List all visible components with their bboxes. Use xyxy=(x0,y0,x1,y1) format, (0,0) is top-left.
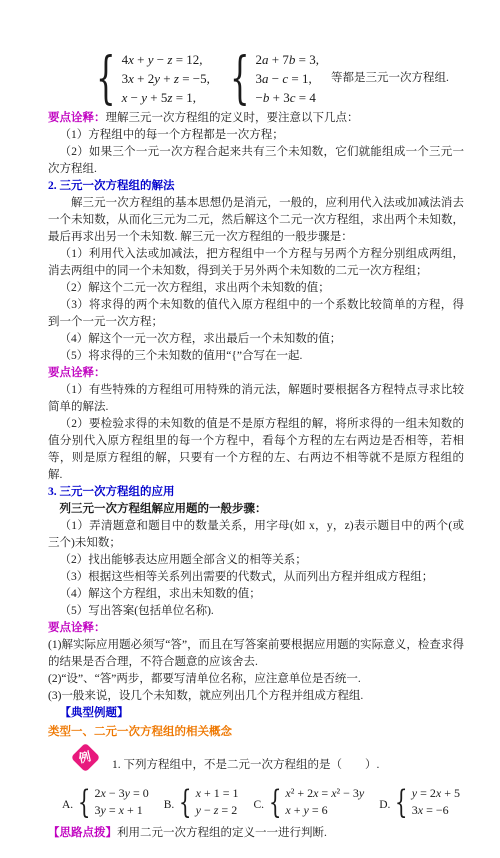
section2-step: （3）将求得的两个未知数的值代入原方程组中的一个系数比较简单的方程，得到一个一元… xyxy=(48,297,464,331)
equation: y = 2x + 5 xyxy=(412,785,460,802)
choices-row: A. { 2x − 3y = 0 3y = x + 1 B. { x + 1 =… xyxy=(62,785,460,818)
choice-label: C. xyxy=(253,797,264,814)
equation: 3x = −6 xyxy=(412,802,460,819)
choice-a: A. { 2x − 3y = 0 3y = x + 1 xyxy=(62,785,149,818)
left-brace-icon: { xyxy=(179,786,192,818)
example1-row: 例 1. 下列方程组中，不是二元一次方程组的是（ ）. xyxy=(70,743,464,779)
examples-header: 【典型例题】 xyxy=(48,705,464,722)
left-brace-icon: { xyxy=(269,786,282,818)
section3-title: 3. 三元一次方程组的应用 xyxy=(48,484,464,501)
hint-text: 利用二元一次方程组的定义一一进行判断. xyxy=(117,827,327,839)
section3-step: （1）弄清题意和题目中的数量关系，用字母(如 x，y，z)表示题目中的两个(或三… xyxy=(48,518,464,552)
equation: 2x − 3y = 0 xyxy=(95,785,149,802)
section2-step: （2）解这个二元一次方程组，求出两个未知数的值； xyxy=(48,280,464,297)
section2-step: （4）解这个一元一次方程，求出最后一个未知数的值； xyxy=(48,331,464,348)
left-brace-icon: { xyxy=(78,786,91,818)
equation: x + 1 = 1 xyxy=(196,785,239,802)
keynote2-item: （1）有些特殊的方程组可用特殊的消元法，解题时要根据各方程特点寻求比较简单的解法… xyxy=(48,382,464,416)
keynote1-item: （1）方程组中的每一个方程都是一次方程； xyxy=(48,127,464,144)
section2-paragraph: 解三元一次方程组的基本思想仍是消元，一般的，应利用代入法或加减法消去一个未知数，… xyxy=(48,195,464,246)
section3-step: （2）找出能够表达应用题全部含义的相等关系； xyxy=(48,552,464,569)
section3-step: （5）写出答案(包括单位名称). xyxy=(48,603,464,620)
left-brace-icon: { xyxy=(395,786,408,818)
equation: 3a − c = 1, xyxy=(256,69,319,88)
keynote2-item: （2）要检验求得的未知数的值是不是原方程组的解，将所求得的一组未知数的值分别代入… xyxy=(48,416,464,484)
keynote-intro-text: 理解三元一次方程组的定义时，要注意以下几点： xyxy=(106,112,359,124)
keynote-label: 要点诠释： xyxy=(48,112,106,124)
equation: 3x + 2y + z = −5, xyxy=(122,69,210,88)
choice-d: D. { y = 2x + 5 3x = −6 xyxy=(379,785,460,818)
example-badge: 例 xyxy=(70,743,104,777)
keynote-label: 要点诠释： xyxy=(48,622,106,634)
choice-label: B. xyxy=(164,797,175,814)
equation: 4x + y − z = 12, xyxy=(122,50,210,69)
section2-step: （1）利用代入法或加减法，把方程组中一个方程与另两个方程分别组成两组，消去两组中… xyxy=(48,246,464,280)
equation-lines: 4x + y − z = 12, 3x + 2y + z = −5, x − y… xyxy=(122,50,210,107)
section2-step: （5）将求得的三个未知数的值用“{”合写在一起. xyxy=(48,348,464,365)
example1-question: 1. 下列方程组中，不是二元一次方程组的是（ ）. xyxy=(112,757,379,774)
keynote1-intro-line: 要点诠释：理解三元一次方程组的定义时，要注意以下几点： xyxy=(48,110,464,127)
keynote3-item: (3)一般来说，设几个未知数，就应列出几个方程并组成方程组. xyxy=(48,688,464,705)
choice-b: B. { x + 1 = 1 y − z = 2 xyxy=(164,785,239,818)
equation-system-1: { 4x + y − z = 12, 3x + 2y + z = −5, x −… xyxy=(88,50,210,107)
left-brace-icon: { xyxy=(96,51,116,107)
keynote3-item: (2)“设”、“答”两步，都要写清单位名称，应注意单位是否统一. xyxy=(48,671,464,688)
type1-title: 类型一、二元一次方程组的相关概念 xyxy=(48,724,464,741)
hint-line: 【思路点拨】利用二元一次方程组的定义一一进行判断. xyxy=(48,825,464,842)
equation: y − z = 2 xyxy=(196,802,239,819)
keynote3-item: (1)解实际应用题必须写“答”，而且在写答案前要根据应用题的实际意义，检查求得的… xyxy=(48,637,464,671)
section3-subtitle: 列三元一次方程组解应用题的一般步骤： xyxy=(48,501,464,518)
equation-lines: 2a + 7b = 3, 3a − c = 1, −b + 3c = 4 xyxy=(256,50,319,107)
keynote3-label-line: 要点诠释： xyxy=(48,620,464,637)
keynote2-label-line: 要点诠释： xyxy=(48,365,464,382)
example-badge-char: 例 xyxy=(78,750,92,764)
keynote1-item: （2）如果三个一元一次方程合起来共有三个未知数，它们就能组成一个三元一次方程组. xyxy=(48,144,464,178)
left-brace-icon: { xyxy=(230,51,250,107)
example-badge-diamond-icon: 例 xyxy=(71,743,101,773)
equation: x² + 2x = x² − 3y xyxy=(285,785,364,802)
equation: x + y = 6 xyxy=(285,802,364,819)
hint-label: 【思路点拨】 xyxy=(48,827,117,839)
choice-c: C. { x² + 2x = x² − 3y x + y = 6 xyxy=(253,785,364,818)
equation: 2a + 7b = 3, xyxy=(256,50,319,69)
choice-label: A. xyxy=(62,797,73,814)
equation-systems-row: { 4x + y − z = 12, 3x + 2y + z = −5, x −… xyxy=(88,50,464,107)
section2-title: 2. 三元一次方程组的解法 xyxy=(48,178,464,195)
equation-system-2: { 2a + 7b = 3, 3a − c = 1, −b + 3c = 4 xyxy=(222,50,319,107)
section3-step: （4）解这个方程组，求出未知数的值； xyxy=(48,586,464,603)
equation: 3y = x + 1 xyxy=(95,802,149,819)
systems-caption: 等都是三元一次方程组. xyxy=(331,70,449,87)
equation: x − y + 5z = 1, xyxy=(122,88,210,107)
section3-step: （3）根据这些相等关系列出需要的代数式，从而列出方程并组成方程组； xyxy=(48,569,464,586)
keynote-label: 要点诠释： xyxy=(48,367,106,379)
equation: −b + 3c = 4 xyxy=(256,88,319,107)
document-page: { 4x + y − z = 12, 3x + 2y + z = −5, x −… xyxy=(0,0,500,858)
choice-label: D. xyxy=(379,797,390,814)
